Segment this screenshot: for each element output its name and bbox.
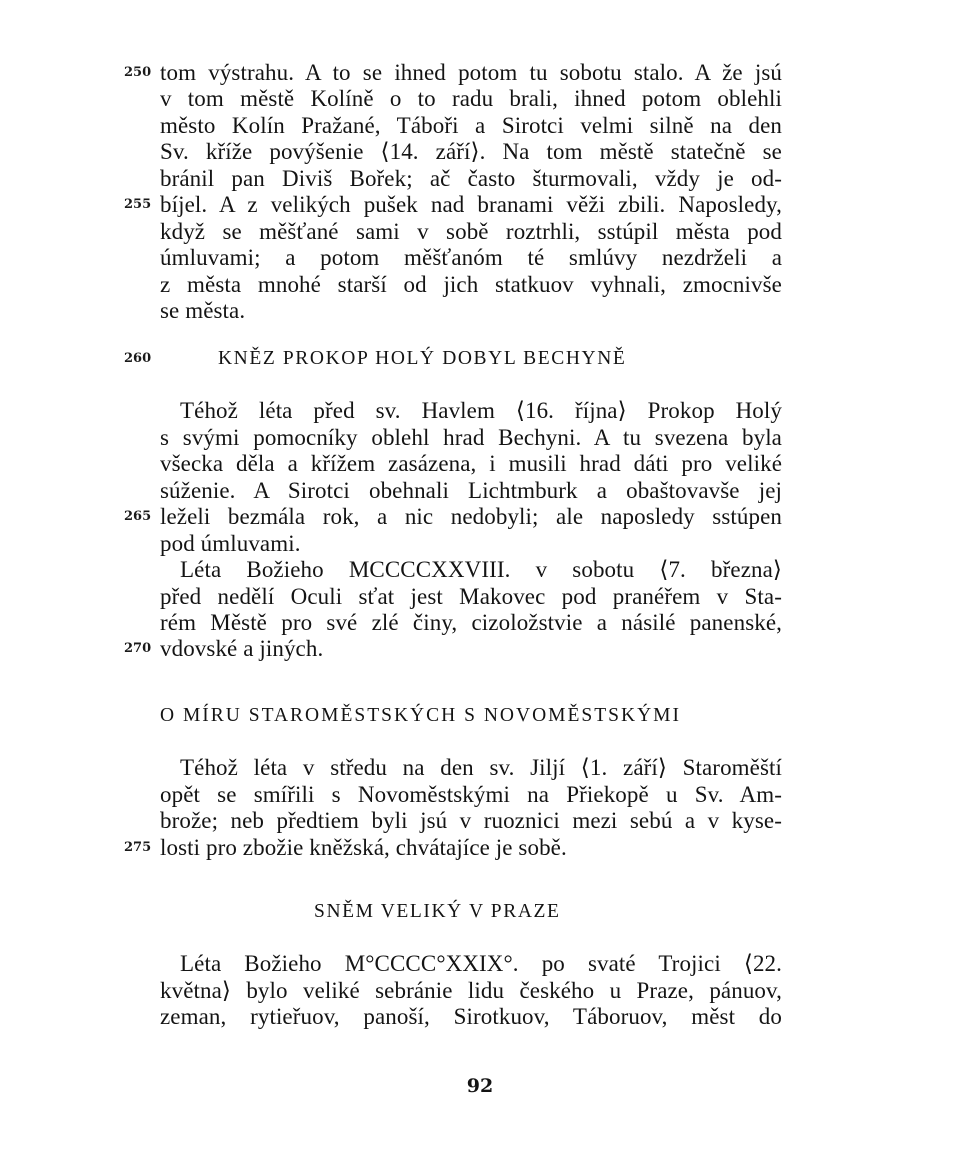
section-heading-bechyne: KNĚZ PROKOP HOLÝ DOBYL BECHYNĚ: [218, 347, 626, 371]
line-number: 250: [124, 60, 151, 86]
text-line: Téhož léta před sv. Havlem ⟨16. října⟩ P…: [180, 398, 782, 424]
line-number: 260: [124, 346, 151, 372]
text-line: s svými pomocníky oblehl hrad Bechyni. A…: [160, 425, 782, 451]
text-line: leželi bezmála rok, a nic nedobyli; ale …: [160, 504, 782, 530]
text-line: když se měšťané sami v sobě roztrhli, ss…: [160, 219, 782, 245]
section-heading-snem: SNĚM VELIKÝ V PRAZE: [314, 900, 561, 924]
text-line: vdovské a jiných.: [160, 636, 782, 662]
text-line: město Kolín Pražané, Táboři a Sirotci ve…: [160, 113, 782, 139]
page-number: 92: [0, 1075, 960, 1097]
section-heading-mir: O MÍRU STAROMĚSTSKÝCH S NOVOMĚSTSKÝMI: [160, 704, 681, 728]
text-line: úmluvami; a potom měšťanóm té smlúvy nez…: [160, 245, 782, 271]
text-line: bránil pan Diviš Bořek; ač často šturmov…: [160, 166, 782, 192]
text-line: bíjel. A z velikých pušek nad branami vě…: [160, 192, 782, 218]
text-line: zeman, rytieřuov, panoší, Sirotkuov, Táb…: [160, 1004, 782, 1030]
text-line: se města.: [160, 298, 782, 324]
line-number: 265: [124, 504, 151, 530]
text-line: Sv. kříže povýšenie ⟨14. září⟩. Na tom m…: [160, 139, 782, 165]
line-number: 275: [124, 835, 151, 861]
text-line: v tom městě Kolíně o to radu brali, ihne…: [160, 86, 782, 112]
text-line: losti pro zbožie kněžská, chvátajíce je …: [160, 835, 782, 861]
text-line: Léta Božieho M°CCCC°XXIX°. po svaté Troj…: [180, 951, 782, 977]
text-line: pod úmluvami.: [160, 531, 782, 557]
text-line: všecka děla a křížem zasázena, i musili …: [160, 451, 782, 477]
text-line: súženie. A Sirotci obehnali Lichtmburk a…: [160, 478, 782, 504]
text-line: brože; neb předtiem byli jsú v ruoznici …: [160, 808, 782, 834]
text-line: května⟩ bylo veliké sebránie lidu českéh…: [160, 978, 782, 1004]
text-line: tom výstrahu. A to se ihned potom tu sob…: [160, 60, 782, 86]
line-number: 255: [124, 192, 151, 218]
text-line: před nedělí Oculi sťat jest Makovec pod …: [160, 584, 782, 610]
text-line: opět se smířili s Novoměstskými na Přiek…: [160, 782, 782, 808]
text-line: z města mnohé starší od jich statkuov vy…: [160, 272, 782, 298]
line-number: 270: [124, 636, 151, 662]
text-line: Léta Božieho MCCCCXXVIII. v sobotu ⟨7. b…: [180, 557, 782, 583]
book-page: 250 255 260 265 270 275 tom výstrahu. A …: [0, 0, 960, 1159]
text-line: Téhož léta v středu na den sv. Jiljí ⟨1.…: [180, 755, 782, 781]
text-line: rém Městě pro své zlé činy, cizoložstvie…: [160, 610, 782, 636]
